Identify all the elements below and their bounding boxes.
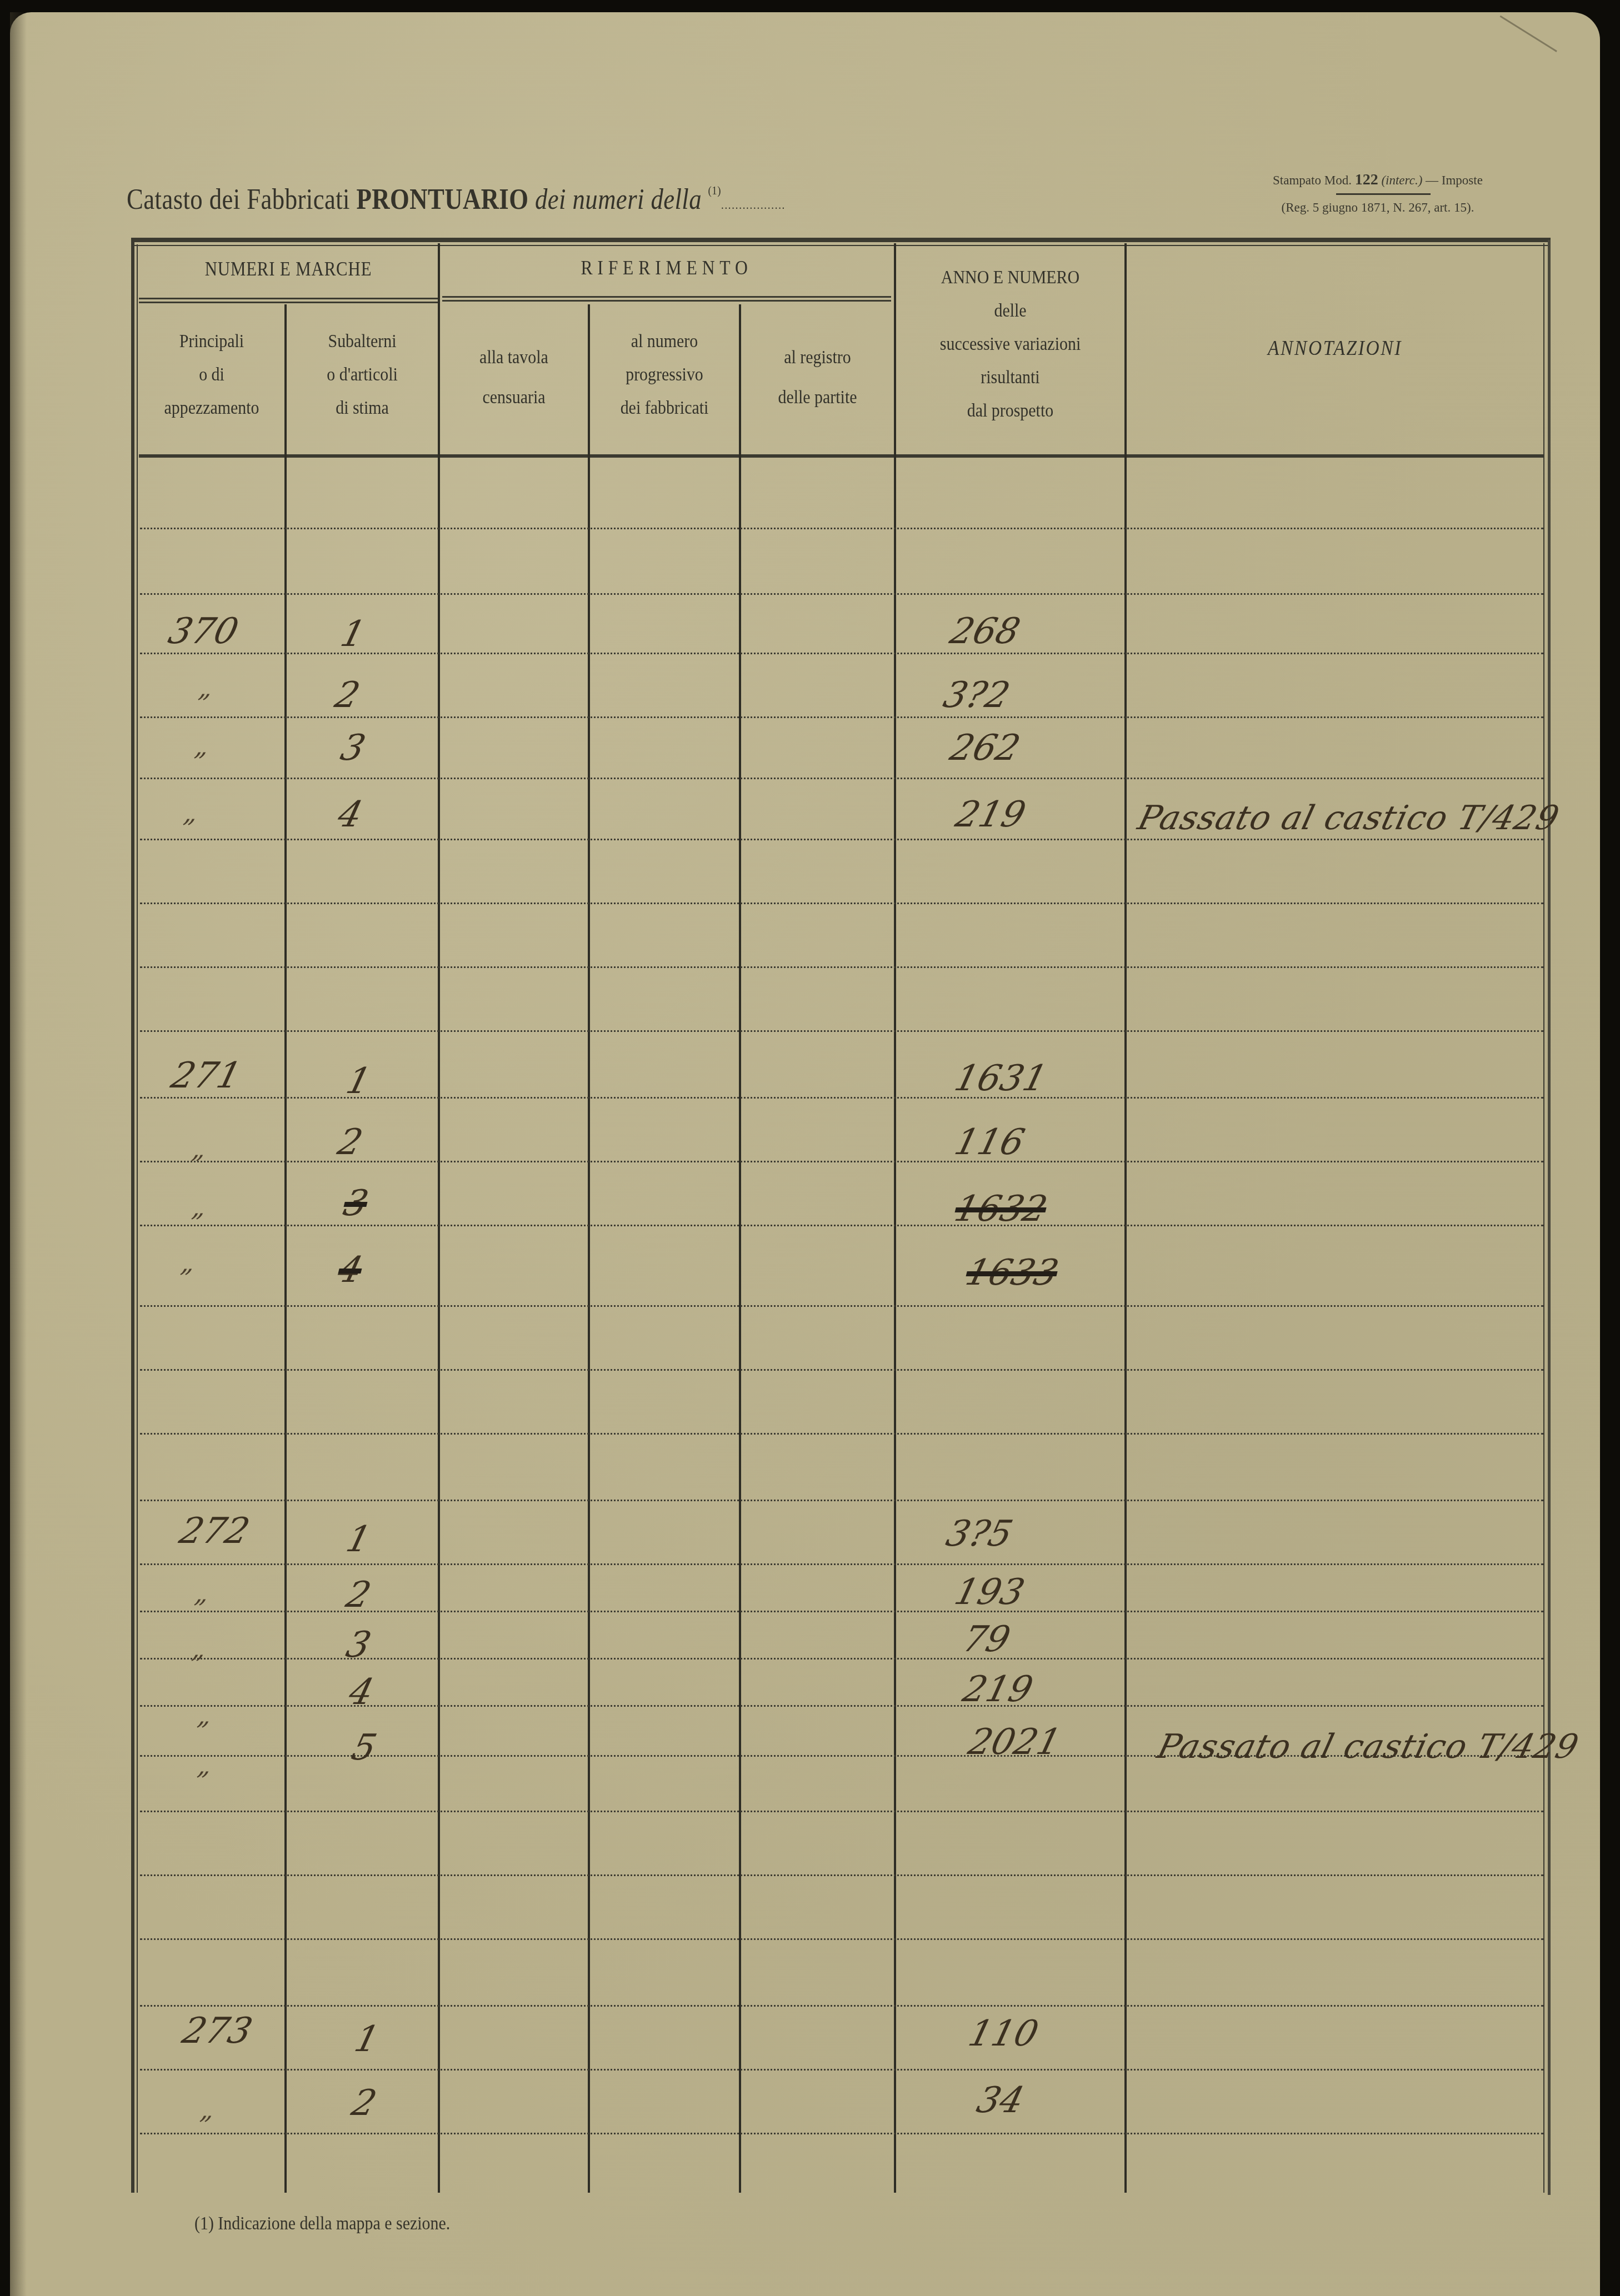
column-divider (284, 304, 287, 2193)
row-rule (140, 1500, 1543, 1501)
header-line: Principali (148, 325, 276, 358)
stamp-regulation: (Reg. 5 giugno 1871, N. 267, art. 15). (1222, 200, 1533, 215)
cell-annotazione: Passato al castico T/429 (1153, 1727, 1583, 1766)
header-line: Subalterni (296, 325, 428, 358)
row-rule (140, 2133, 1543, 2134)
page-title: Catasto dei Fabbricati PRONTUARIO dei nu… (127, 183, 786, 216)
cell-variazione: 268 (946, 611, 1024, 652)
cell-variazione: 219 (959, 1669, 1037, 1710)
cell-principale: 370 (164, 611, 243, 652)
footnote: (1) Indicazione della mappa e sezione. (194, 2213, 450, 2234)
page-edge-shadow (10, 12, 27, 2296)
cell-variazione: 116 (951, 1122, 1029, 1163)
header-line: o d'articoli (296, 358, 428, 392)
title-blank-field: .................. (721, 198, 786, 212)
header-line: appezzamento (148, 392, 276, 425)
cell-variazione: 219 (952, 794, 1030, 835)
row-rule (140, 1938, 1543, 1940)
row-rule (140, 1225, 1543, 1226)
row-rule (140, 839, 1543, 840)
stamp-model-number: 122 (1355, 171, 1378, 188)
row-rule (140, 1811, 1543, 1812)
header-line: successive variazioni (910, 328, 1111, 361)
row-rule (140, 778, 1543, 779)
table-border-left (131, 238, 134, 2193)
column-header-annotazioni: ANNOTAZIONI (1152, 332, 1518, 365)
row-rule (140, 903, 1543, 904)
column-divider (894, 243, 896, 2193)
row-rule (140, 1030, 1543, 1032)
footnote-mark: (1) (708, 183, 721, 197)
header-bottom-rule (139, 454, 1543, 458)
header-line: di stima (296, 392, 428, 425)
folded-corner (1500, 0, 1578, 52)
header-line: delle partite (751, 378, 885, 418)
cell-annotazione: Passato al castico T/429 (1134, 799, 1563, 838)
table-border-right-inner (1543, 243, 1544, 2193)
cell-variazione: 3?2 (939, 675, 1014, 716)
cell-principale: 272 (176, 1511, 254, 1552)
header-divider (139, 298, 438, 299)
stamp-suffix: — Imposte (1422, 173, 1483, 187)
column-header-anno-numero: ANNO E NUMERO delle successive variazion… (910, 261, 1111, 428)
cell-variazione: 262 (946, 728, 1024, 769)
column-header-tavola: alla tavola censuaria (449, 338, 579, 418)
cell-variazione: 3?5 (942, 1513, 1017, 1555)
header-line: al registro (751, 338, 885, 378)
cell-variazione: 193 (951, 1572, 1029, 1613)
title-italic: dei numeri della (528, 184, 702, 215)
table-border-top-inner (131, 245, 1551, 246)
header-riferimento: RIFERIMENTO (467, 251, 866, 284)
header-divider (442, 300, 891, 302)
column-divider (438, 243, 440, 2193)
cell-variazione: 2021 (964, 1722, 1065, 1763)
title-bold: PRONTUARIO (357, 184, 529, 215)
column-header-subalterni: Subalterni o d'articoli di stima (296, 325, 428, 425)
header-line: al numero (599, 325, 730, 358)
row-rule (140, 1563, 1543, 1565)
print-stamp: Stampato Mod. 122 (interc.) — Imposte (R… (1222, 171, 1533, 215)
header-line: ANNO E NUMERO (910, 261, 1111, 294)
column-header-registro: al registro delle partite (751, 338, 885, 418)
row-rule (140, 1369, 1543, 1371)
header-line: o di (148, 358, 276, 392)
row-rule (140, 966, 1543, 968)
column-divider (1124, 243, 1127, 2193)
header-divider (442, 296, 891, 298)
cell-variazione-struck: 1633 (962, 1252, 1062, 1294)
header-line: progressivo (599, 358, 730, 392)
column-header-principali: Principali o di appezzamento (148, 325, 276, 425)
row-rule (140, 716, 1543, 718)
header-line: dal prospetto (910, 394, 1111, 428)
column-header-numero-progressivo: al numero progressivo dei fabbricati (599, 325, 730, 425)
cell-variazione: 110 (964, 2013, 1043, 2054)
header-divider (139, 302, 438, 303)
row-rule (140, 1433, 1543, 1435)
row-rule (140, 2005, 1543, 2007)
column-divider (588, 304, 590, 2193)
row-rule (140, 528, 1543, 529)
table-border-left-inner (137, 244, 138, 2193)
stamp-rule (1336, 193, 1431, 195)
header-line: censuaria (449, 378, 579, 418)
cell-variazione: 1631 (951, 1058, 1051, 1099)
header-line: dei fabbricati (599, 392, 730, 425)
column-divider (739, 304, 741, 2193)
stamp-italic: (interc.) (1378, 173, 1423, 187)
row-rule (140, 1305, 1543, 1307)
header-line: delle (910, 294, 1111, 328)
cell-principale: 271 (167, 1055, 246, 1096)
row-rule (140, 593, 1543, 595)
row-rule (140, 1874, 1543, 1876)
cell-variazione-struck: 1632 (951, 1189, 1051, 1230)
table-border-top (131, 238, 1551, 242)
header-line: risultanti (910, 361, 1111, 394)
header-numeri-e-marche: NUMERI E MARCHE (157, 253, 419, 286)
header-line: alla tavola (449, 338, 579, 378)
table-border-right (1548, 240, 1551, 2195)
cell-principale: 273 (178, 2011, 257, 2052)
title-prefix: Catasto dei Fabbricati (127, 184, 357, 215)
row-rule (140, 2069, 1543, 2071)
stamp-prefix: Stampato Mod. (1273, 173, 1355, 187)
